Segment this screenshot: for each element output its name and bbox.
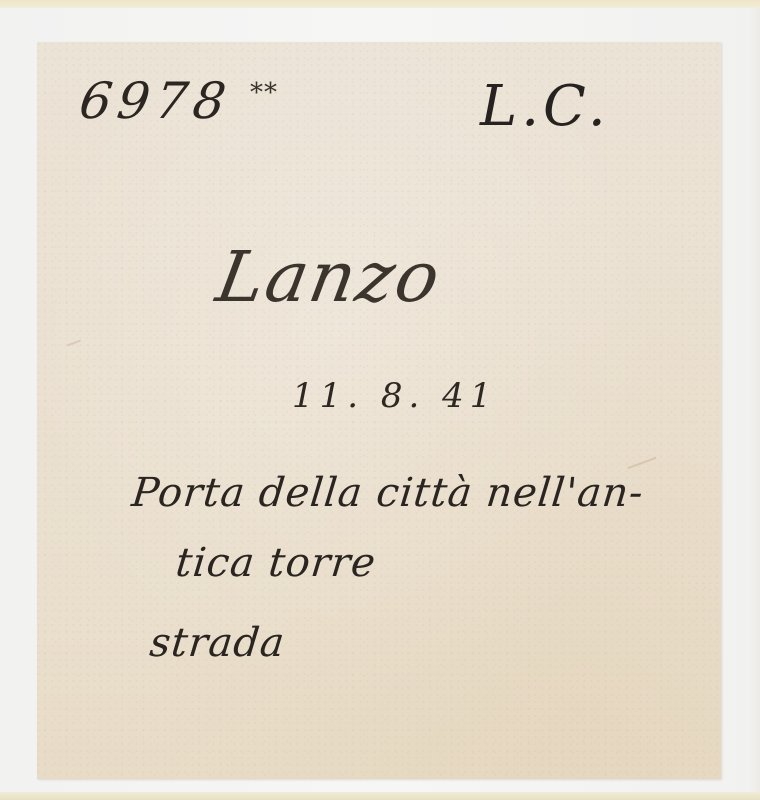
- catalog-number: 6978: [76, 72, 235, 130]
- description-line: strada: [148, 620, 288, 666]
- mount-right-edge: [746, 8, 760, 792]
- author-initials: L.C.: [480, 74, 610, 139]
- paper-blemish: [628, 457, 657, 469]
- date: 11. 8. 41: [292, 376, 497, 416]
- description-line: Porta della città nell'an-: [130, 470, 646, 516]
- paper-blemish: [67, 340, 81, 347]
- place-name: Lanzo: [211, 236, 448, 318]
- description-line: tica torre: [174, 540, 379, 586]
- top-edge-strip: [0, 0, 760, 8]
- catalog-marks: **: [250, 78, 278, 108]
- bottom-edge-strip: [0, 792, 760, 800]
